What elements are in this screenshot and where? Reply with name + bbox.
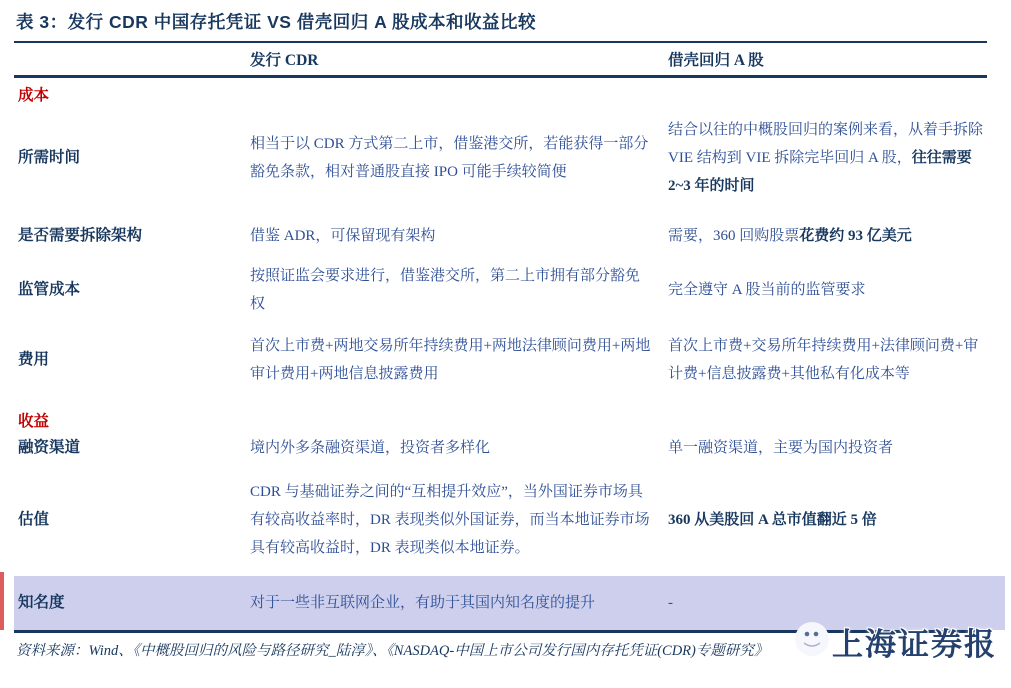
header-col-cdr: 发行 CDR	[250, 48, 668, 70]
cell-ashare: 首次上市费+交易所年持续费用+法律顾问费+审计费+信息披露费+其他私有化成本等	[668, 332, 987, 388]
watermark-text: 上海证券报	[832, 619, 997, 664]
row-label: 知名度	[14, 591, 250, 615]
cell-text-bold: 360 从美股回 A 总市值翻近 5 倍	[668, 512, 877, 528]
cell-cdr: 境内外多条融资渠道，投资者多样化	[250, 434, 668, 462]
table-row: 估值 CDR 与基础证券之间的“互相提升效应”，当外国证券市场具有较高收益率时，…	[14, 464, 987, 576]
row-label: 是否需要拆除架构	[14, 224, 250, 248]
wechat-icon	[794, 621, 830, 662]
section-header-benefit: 收益	[14, 402, 987, 432]
cell-ashare: 完全遵守 A 股当前的监管要求	[668, 276, 987, 304]
table-row: 是否需要拆除架构 借鉴 ADR，可保留现有架构 需要，360 回购股票花费约 9…	[14, 210, 987, 262]
document-page: 表 3：发行 CDR 中国存托凭证 VS 借壳回归 A 股成本和收益比较 发行 …	[0, 0, 1011, 688]
cell-text-bold: 花费约 93 亿美元	[799, 228, 912, 244]
cell-ashare: 需要，360 回购股票花费约 93 亿美元	[668, 222, 987, 250]
table-row: 所需时间 相当于以 CDR 方式第二上市，借鉴港交所，若能获得一部分豁免条款，相…	[14, 106, 987, 210]
table-area: 表 3：发行 CDR 中国存托凭证 VS 借壳回归 A 股成本和收益比较 发行 …	[0, 0, 1011, 664]
watermark: 上海证券报	[794, 619, 997, 664]
row-label: 估值	[14, 508, 250, 532]
row-label: 监管成本	[14, 278, 250, 302]
cell-text: 完全遵守 A 股当前的监管要求	[668, 282, 866, 298]
cell-ashare: 单一融资渠道，主要为国内投资者	[668, 434, 987, 462]
cell-ashare: -	[668, 589, 987, 617]
cell-text: 首次上市费+交易所年持续费用+法律顾问费+审计费+信息披露费+其他私有化成本等	[668, 338, 978, 382]
row-label: 融资渠道	[14, 436, 250, 460]
cell-text: 单一融资渠道，主要为国内投资者	[668, 440, 893, 456]
table-header-row: 发行 CDR 借壳回归 A 股	[14, 43, 987, 78]
table-title: 表 3：发行 CDR 中国存托凭证 VS 借壳回归 A 股成本和收益比较	[14, 6, 987, 43]
cell-ashare: 360 从美股回 A 总市值翻近 5 倍	[668, 506, 987, 534]
header-col-ashare: 借壳回归 A 股	[668, 48, 987, 70]
row-label: 所需时间	[14, 146, 250, 170]
row-label: 费用	[14, 348, 250, 372]
cell-cdr: 借鉴 ADR，可保留现有架构	[250, 222, 668, 250]
cell-text: -	[668, 595, 673, 611]
cell-ashare: 结合以往的中概股回归的案例来看，从着手拆除 VIE 结构到 VIE 拆除完毕回归…	[668, 116, 987, 200]
cell-cdr: 相当于以 CDR 方式第二上市，借鉴港交所，若能获得一部分豁免条款，相对普通股直…	[250, 130, 668, 186]
cell-cdr: 按照证监会要求进行，借鉴港交所，第二上市拥有部分豁免权	[250, 262, 668, 318]
left-red-marker	[0, 572, 4, 630]
cell-cdr: CDR 与基础证券之间的“互相提升效应”，当外国证券市场具有较高收益率时，DR …	[250, 478, 668, 562]
table-row: 融资渠道 境内外多条融资渠道，投资者多样化 单一融资渠道，主要为国内投资者	[14, 432, 987, 464]
cell-cdr: 对于一些非互联网企业，有助于其国内知名度的提升	[250, 589, 668, 617]
cell-text: 需要，360 回购股票	[668, 228, 799, 244]
table-row: 监管成本 按照证监会要求进行，借鉴港交所，第二上市拥有部分豁免权 完全遵守 A …	[14, 262, 987, 318]
section-header-cost: 成本	[14, 78, 987, 106]
table-row: 费用 首次上市费+两地交易所年持续费用+两地法律顾问费用+两地审计费用+两地信息…	[14, 318, 987, 402]
cell-cdr: 首次上市费+两地交易所年持续费用+两地法律顾问费用+两地审计费用+两地信息披露费…	[250, 332, 668, 388]
